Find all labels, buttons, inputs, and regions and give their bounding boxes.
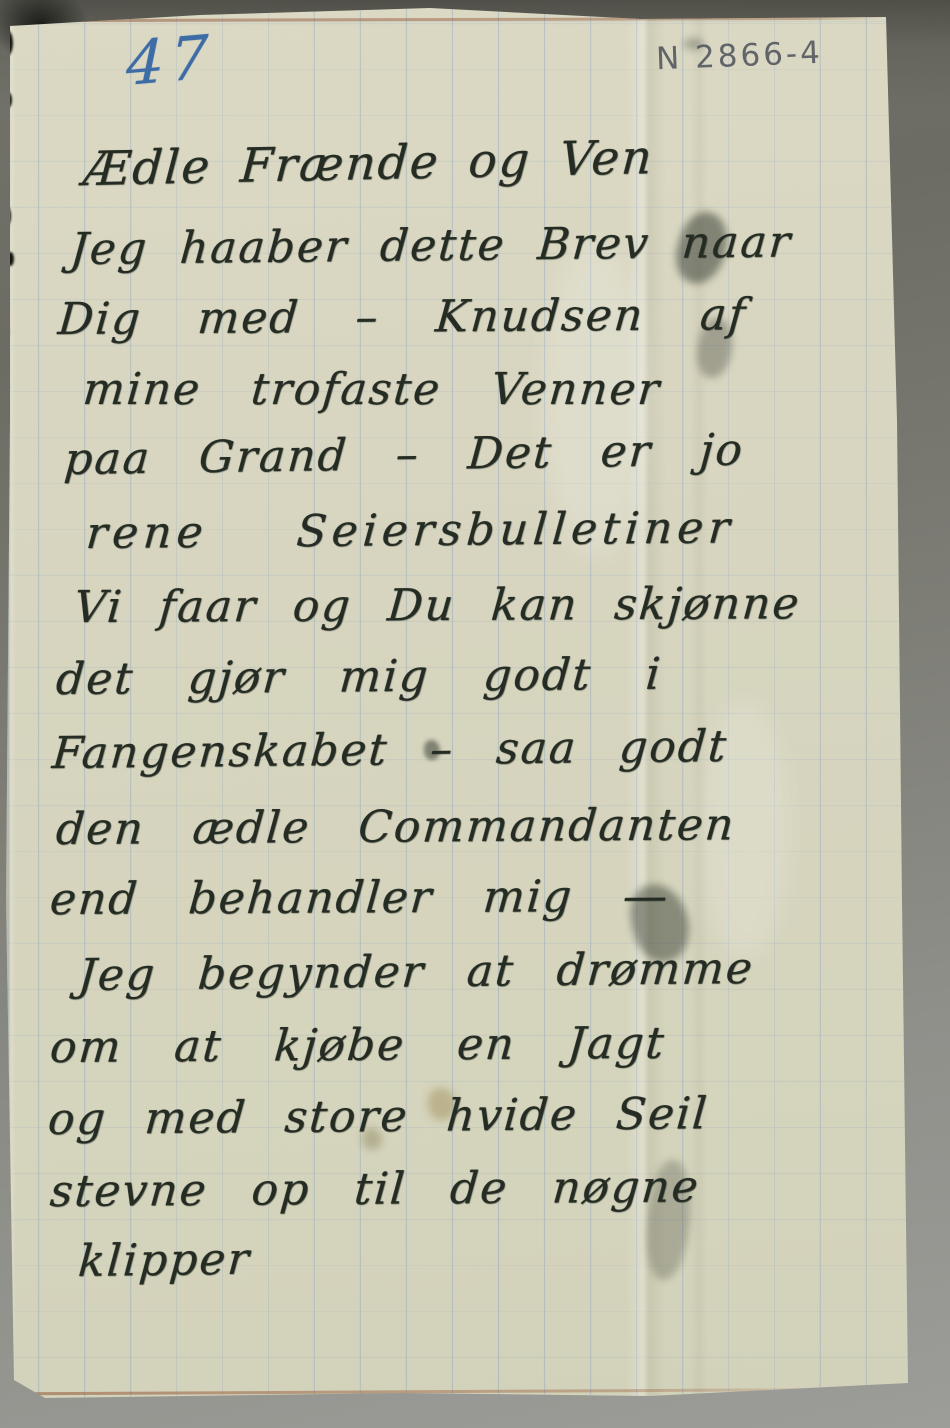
handwritten-line: Jeg begynder at drømme (77, 947, 756, 998)
handwritten-line: klipper (77, 1238, 252, 1284)
handwritten-line: end behandler mig — (48, 875, 671, 922)
ink-speck (7, 252, 14, 266)
handwritten-line: Dig med – Knudsen af (56, 293, 748, 342)
ink-speck (2, 206, 11, 226)
scanned-letter-page: 47 N 2866-4 Ædle Frænde og Ven Jeg haabe… (0, 0, 950, 1428)
letter-paper: 47 N 2866-4 Ædle Frænde og Ven Jeg haabe… (0, 0, 950, 1428)
handwritten-line: Fangenskabet – saa godt (51, 725, 730, 776)
handwritten-line: Jeg haaber dette Brev naar (69, 220, 794, 272)
handwritten-line: den ædle Commandanten (54, 803, 737, 852)
handwritten-line: om at kjøbe en Jagt (48, 1022, 667, 1070)
binding-fold-edge (0, 14, 16, 1400)
handwritten-line: Ædle Frænde og Ven (82, 134, 655, 193)
ink-speck (4, 92, 12, 108)
handwritten-line: paa Grand – Det er jo (63, 429, 746, 483)
handwritten-line: rene Seiersbulletiner (85, 506, 737, 556)
ink-speck (3, 326, 9, 338)
archive-number: N 2866-4 (655, 35, 823, 77)
page-number: 47 (126, 22, 215, 100)
handwritten-line: det gjør mig godt i (55, 653, 664, 702)
handwritten-line: mine trofaste Venner (81, 368, 663, 412)
handwritten-line: stevne op til de nøgne (48, 1165, 701, 1214)
handwritten-line: og med store hvide Seil (47, 1092, 711, 1142)
handwritten-line: Vi faar og Du kan skjønne (72, 582, 802, 630)
